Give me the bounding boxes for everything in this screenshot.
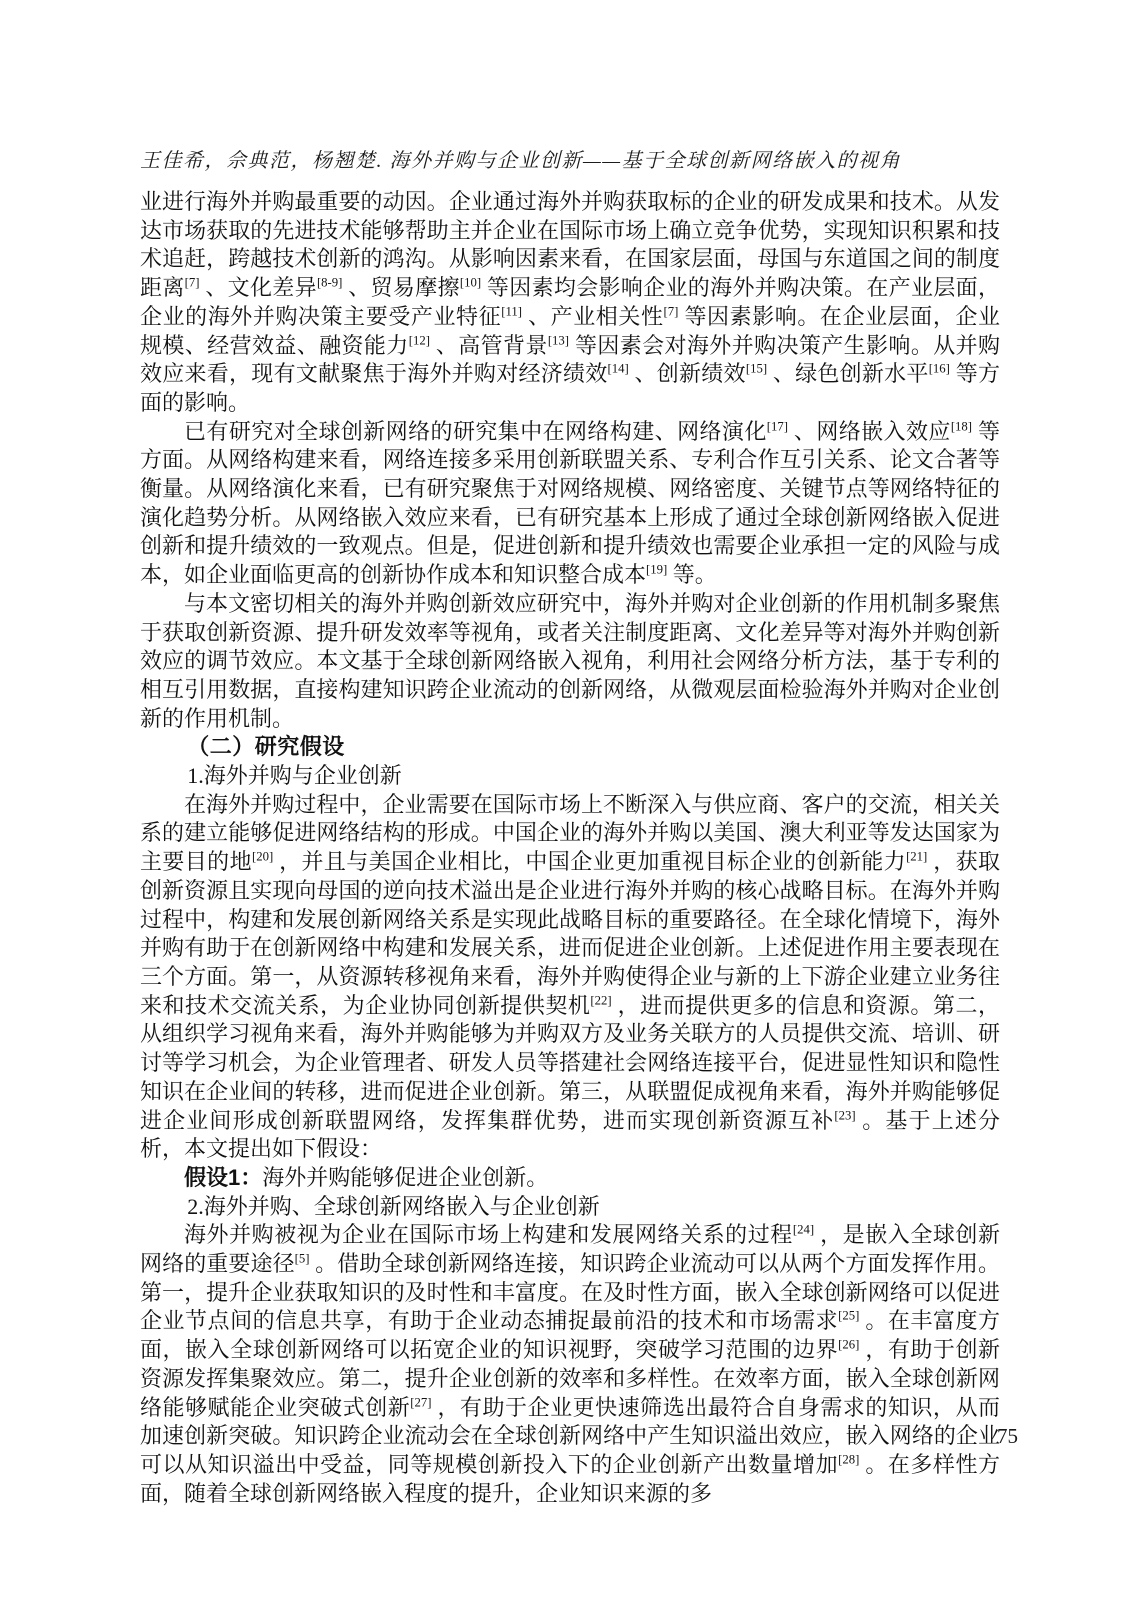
citation-ref: [25] [838, 1309, 859, 1323]
hypothesis-label: 假设1： [184, 1165, 262, 1190]
citation-ref: [28] [838, 1453, 859, 1467]
citation-ref: [14] [608, 362, 629, 376]
citation-ref: [11] [501, 304, 522, 318]
paragraph: 与本文密切相关的海外并购创新效应研究中，海外并购对企业创新的作用机制多聚焦于获取… [140, 590, 1000, 734]
citation-ref: [7] [664, 304, 679, 318]
paper-page: { "page": { "running_head": "王佳希，佘典范，杨翘楚… [0, 0, 1140, 1600]
running-head: 王佳希，佘典范，杨翘楚. 海外并购与企业创新——基于全球创新网络嵌入的视角 [140, 148, 1000, 174]
citation-ref: [13] [548, 333, 569, 347]
citation-ref: [7] [185, 276, 200, 290]
citation-ref: [22] [590, 993, 611, 1007]
section-heading: （二）研究假设 [140, 733, 1000, 762]
article-body: 业进行海外并购最重要的动因。企业通过海外并购获取标的企业的研发成果和技术。从发达… [140, 188, 1000, 1508]
subsection-heading: 1.海外并购与企业创新 [140, 762, 1000, 791]
citation-ref: [10] [460, 276, 481, 290]
citation-ref: [24] [793, 1223, 814, 1237]
citation-ref: [18] [951, 419, 972, 433]
subsection-heading: 2.海外并购、全球创新网络嵌入与企业创新 [140, 1193, 1000, 1222]
citation-ref: [16] [929, 362, 950, 376]
citation-ref: [27] [410, 1395, 431, 1409]
citation-ref: [15] [746, 362, 767, 376]
citation-ref: [26] [838, 1338, 859, 1352]
citation-ref: [17] [767, 419, 788, 433]
hypothesis-statement: 假设1：海外并购能够促进企业创新。 [140, 1164, 1000, 1193]
citation-ref: [23] [834, 1108, 855, 1122]
citation-ref: [12] [409, 333, 430, 347]
page-number: 75 [140, 1424, 1018, 1449]
citation-ref: [8-9] [317, 276, 343, 290]
text-block: 王佳希，佘典范，杨翘楚. 海外并购与企业创新——基于全球创新网络嵌入的视角 业进… [140, 148, 1000, 1508]
paragraph: 海外并购被视为企业在国际市场上构建和发展网络关系的过程[24] ，是嵌入全球创新… [140, 1221, 1000, 1508]
citation-ref: [20] [252, 850, 273, 864]
paragraph: 已有研究对全球创新网络的研究集中在网络构建、网络演化[17] 、网络嵌入效应[1… [140, 418, 1000, 590]
paragraph: 在海外并购过程中，企业需要在国际市场上不断深入与供应商、客户的交流，相关关系的建… [140, 791, 1000, 1164]
citation-ref: [21] [906, 850, 927, 864]
citation-ref: [19] [646, 563, 667, 577]
citation-ref: [5] [295, 1252, 310, 1266]
paragraph: 业进行海外并购最重要的动因。企业通过海外并购获取标的企业的研发成果和技术。从发达… [140, 188, 1000, 418]
